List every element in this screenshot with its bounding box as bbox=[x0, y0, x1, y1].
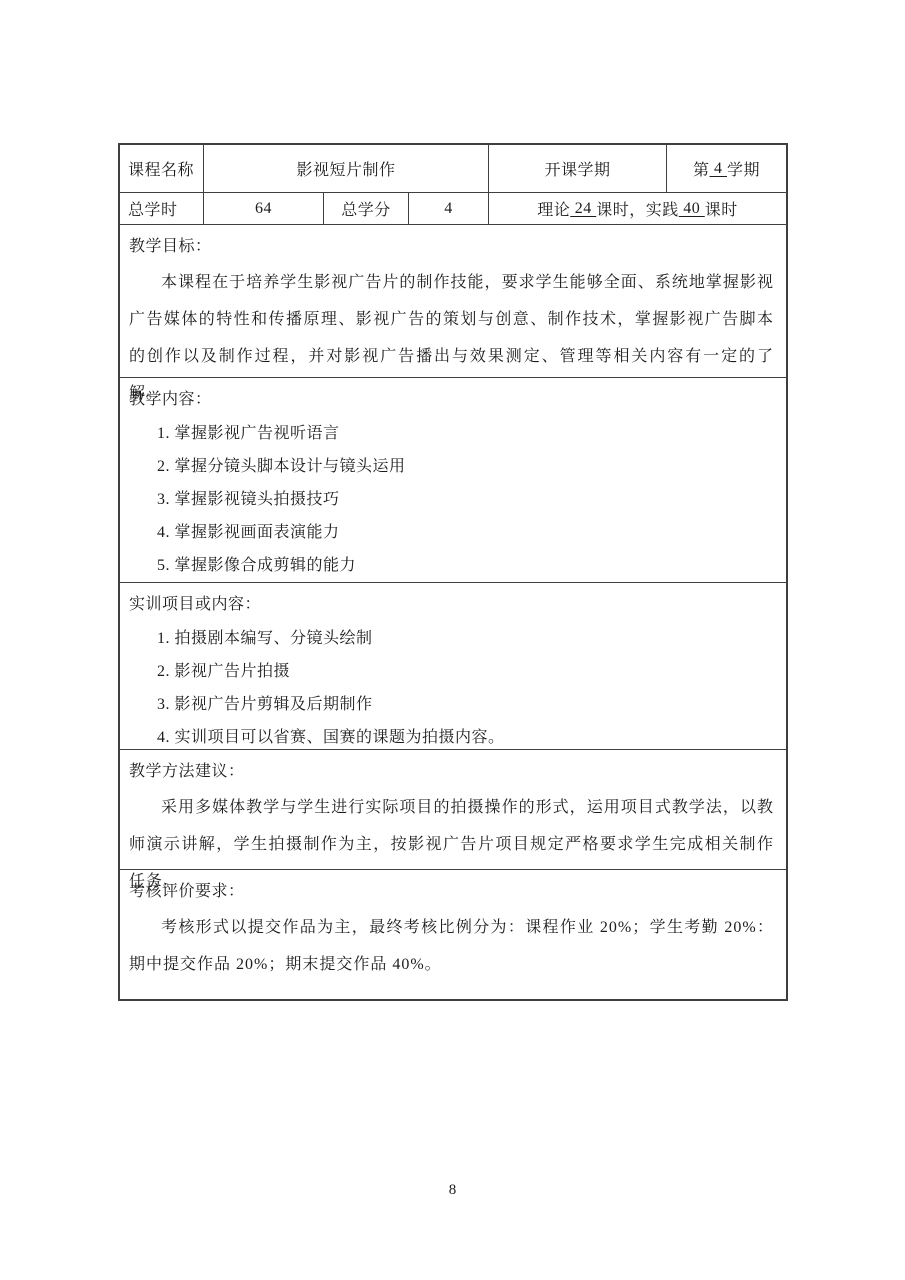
hours-middle-text: 课时，实践 bbox=[596, 197, 679, 220]
list-item: 4. 掌握影视画面表演能力 bbox=[129, 516, 406, 549]
teaching-goals-label: 教学目标： bbox=[129, 230, 774, 264]
list-item: 2. 影视广告片拍摄 bbox=[129, 655, 505, 688]
section-teaching-goals: 教学目标： 本课程在于培养学生影视广告片的制作技能，要求学生能够全面、系统地掌握… bbox=[120, 225, 786, 378]
semester-suffix: 学期 bbox=[727, 157, 760, 180]
semester-value: 第 4 学期 bbox=[667, 145, 786, 192]
section-teaching-methods: 教学方法建议： 采用多媒体教学与学生进行实际项目的拍摄操作的形式，运用项目式教学… bbox=[120, 750, 786, 870]
theory-hours-underlined: 24 bbox=[570, 200, 596, 218]
list-item: 5. 掌握影像合成剪辑的能力 bbox=[129, 549, 406, 582]
practical-projects-list: 1. 拍摄剧本编写、分镜头绘制 2. 影视广告片拍摄 3. 影视广告片剪辑及后期… bbox=[129, 622, 505, 754]
total-hours-label: 总学时 bbox=[120, 193, 204, 224]
course-info-table: 课程名称 影视短片制作 开课学期 第 4 学期 总学时 64 总学分 4 理论 … bbox=[118, 143, 788, 1001]
theory-label: 理论 bbox=[537, 197, 570, 220]
teaching-methods-label: 教学方法建议： bbox=[129, 755, 774, 789]
semester-prefix: 第 bbox=[693, 157, 710, 180]
list-item: 2. 掌握分镜头脚本设计与镜头运用 bbox=[129, 450, 406, 483]
semester-number-underlined: 4 bbox=[710, 160, 728, 178]
practical-projects-label: 实训项目或内容： bbox=[129, 588, 505, 622]
total-credits-label: 总学分 bbox=[324, 193, 409, 224]
table-row-hours: 总学时 64 总学分 4 理论 24 课时，实践 40 课时 bbox=[120, 193, 786, 225]
assessment-requirements-paragraph: 考核形式以提交作品为主，最终考核比例分为：课程作业 20%；学生考勤 20%：期… bbox=[129, 909, 774, 983]
total-credits-value: 4 bbox=[409, 193, 489, 224]
practice-hours-underlined: 40 bbox=[679, 200, 705, 218]
teaching-content-list: 1. 掌握影视广告视听语言 2. 掌握分镜头脚本设计与镜头运用 3. 掌握影视镜… bbox=[129, 417, 406, 582]
list-item: 3. 影视广告片剪辑及后期制作 bbox=[129, 688, 505, 721]
list-item: 3. 掌握影视镜头拍摄技巧 bbox=[129, 483, 406, 516]
course-name-label: 课程名称 bbox=[120, 145, 204, 192]
table-row-course: 课程名称 影视短片制作 开课学期 第 4 学期 bbox=[120, 145, 786, 193]
section-practical-projects: 实训项目或内容： 1. 拍摄剧本编写、分镜头绘制 2. 影视广告片拍摄 3. 影… bbox=[120, 583, 786, 750]
assessment-requirements-label: 考核评价要求： bbox=[129, 875, 774, 909]
list-item: 1. 掌握影视广告视听语言 bbox=[129, 417, 406, 450]
hours-split-value: 理论 24 课时，实践 40 课时 bbox=[489, 193, 786, 224]
document-page: 课程名称 影视短片制作 开课学期 第 4 学期 总学时 64 总学分 4 理论 … bbox=[0, 0, 905, 1280]
semester-label: 开课学期 bbox=[489, 145, 667, 192]
list-item: 1. 拍摄剧本编写、分镜头绘制 bbox=[129, 622, 505, 655]
total-hours-value: 64 bbox=[204, 193, 324, 224]
section-assessment-requirements: 考核评价要求： 考核形式以提交作品为主，最终考核比例分为：课程作业 20%；学生… bbox=[120, 870, 786, 999]
teaching-content-label: 教学内容： bbox=[129, 383, 406, 417]
hours-end-text: 课时 bbox=[705, 197, 738, 220]
course-name-value: 影视短片制作 bbox=[204, 145, 489, 192]
page-number: 8 bbox=[0, 1182, 905, 1199]
